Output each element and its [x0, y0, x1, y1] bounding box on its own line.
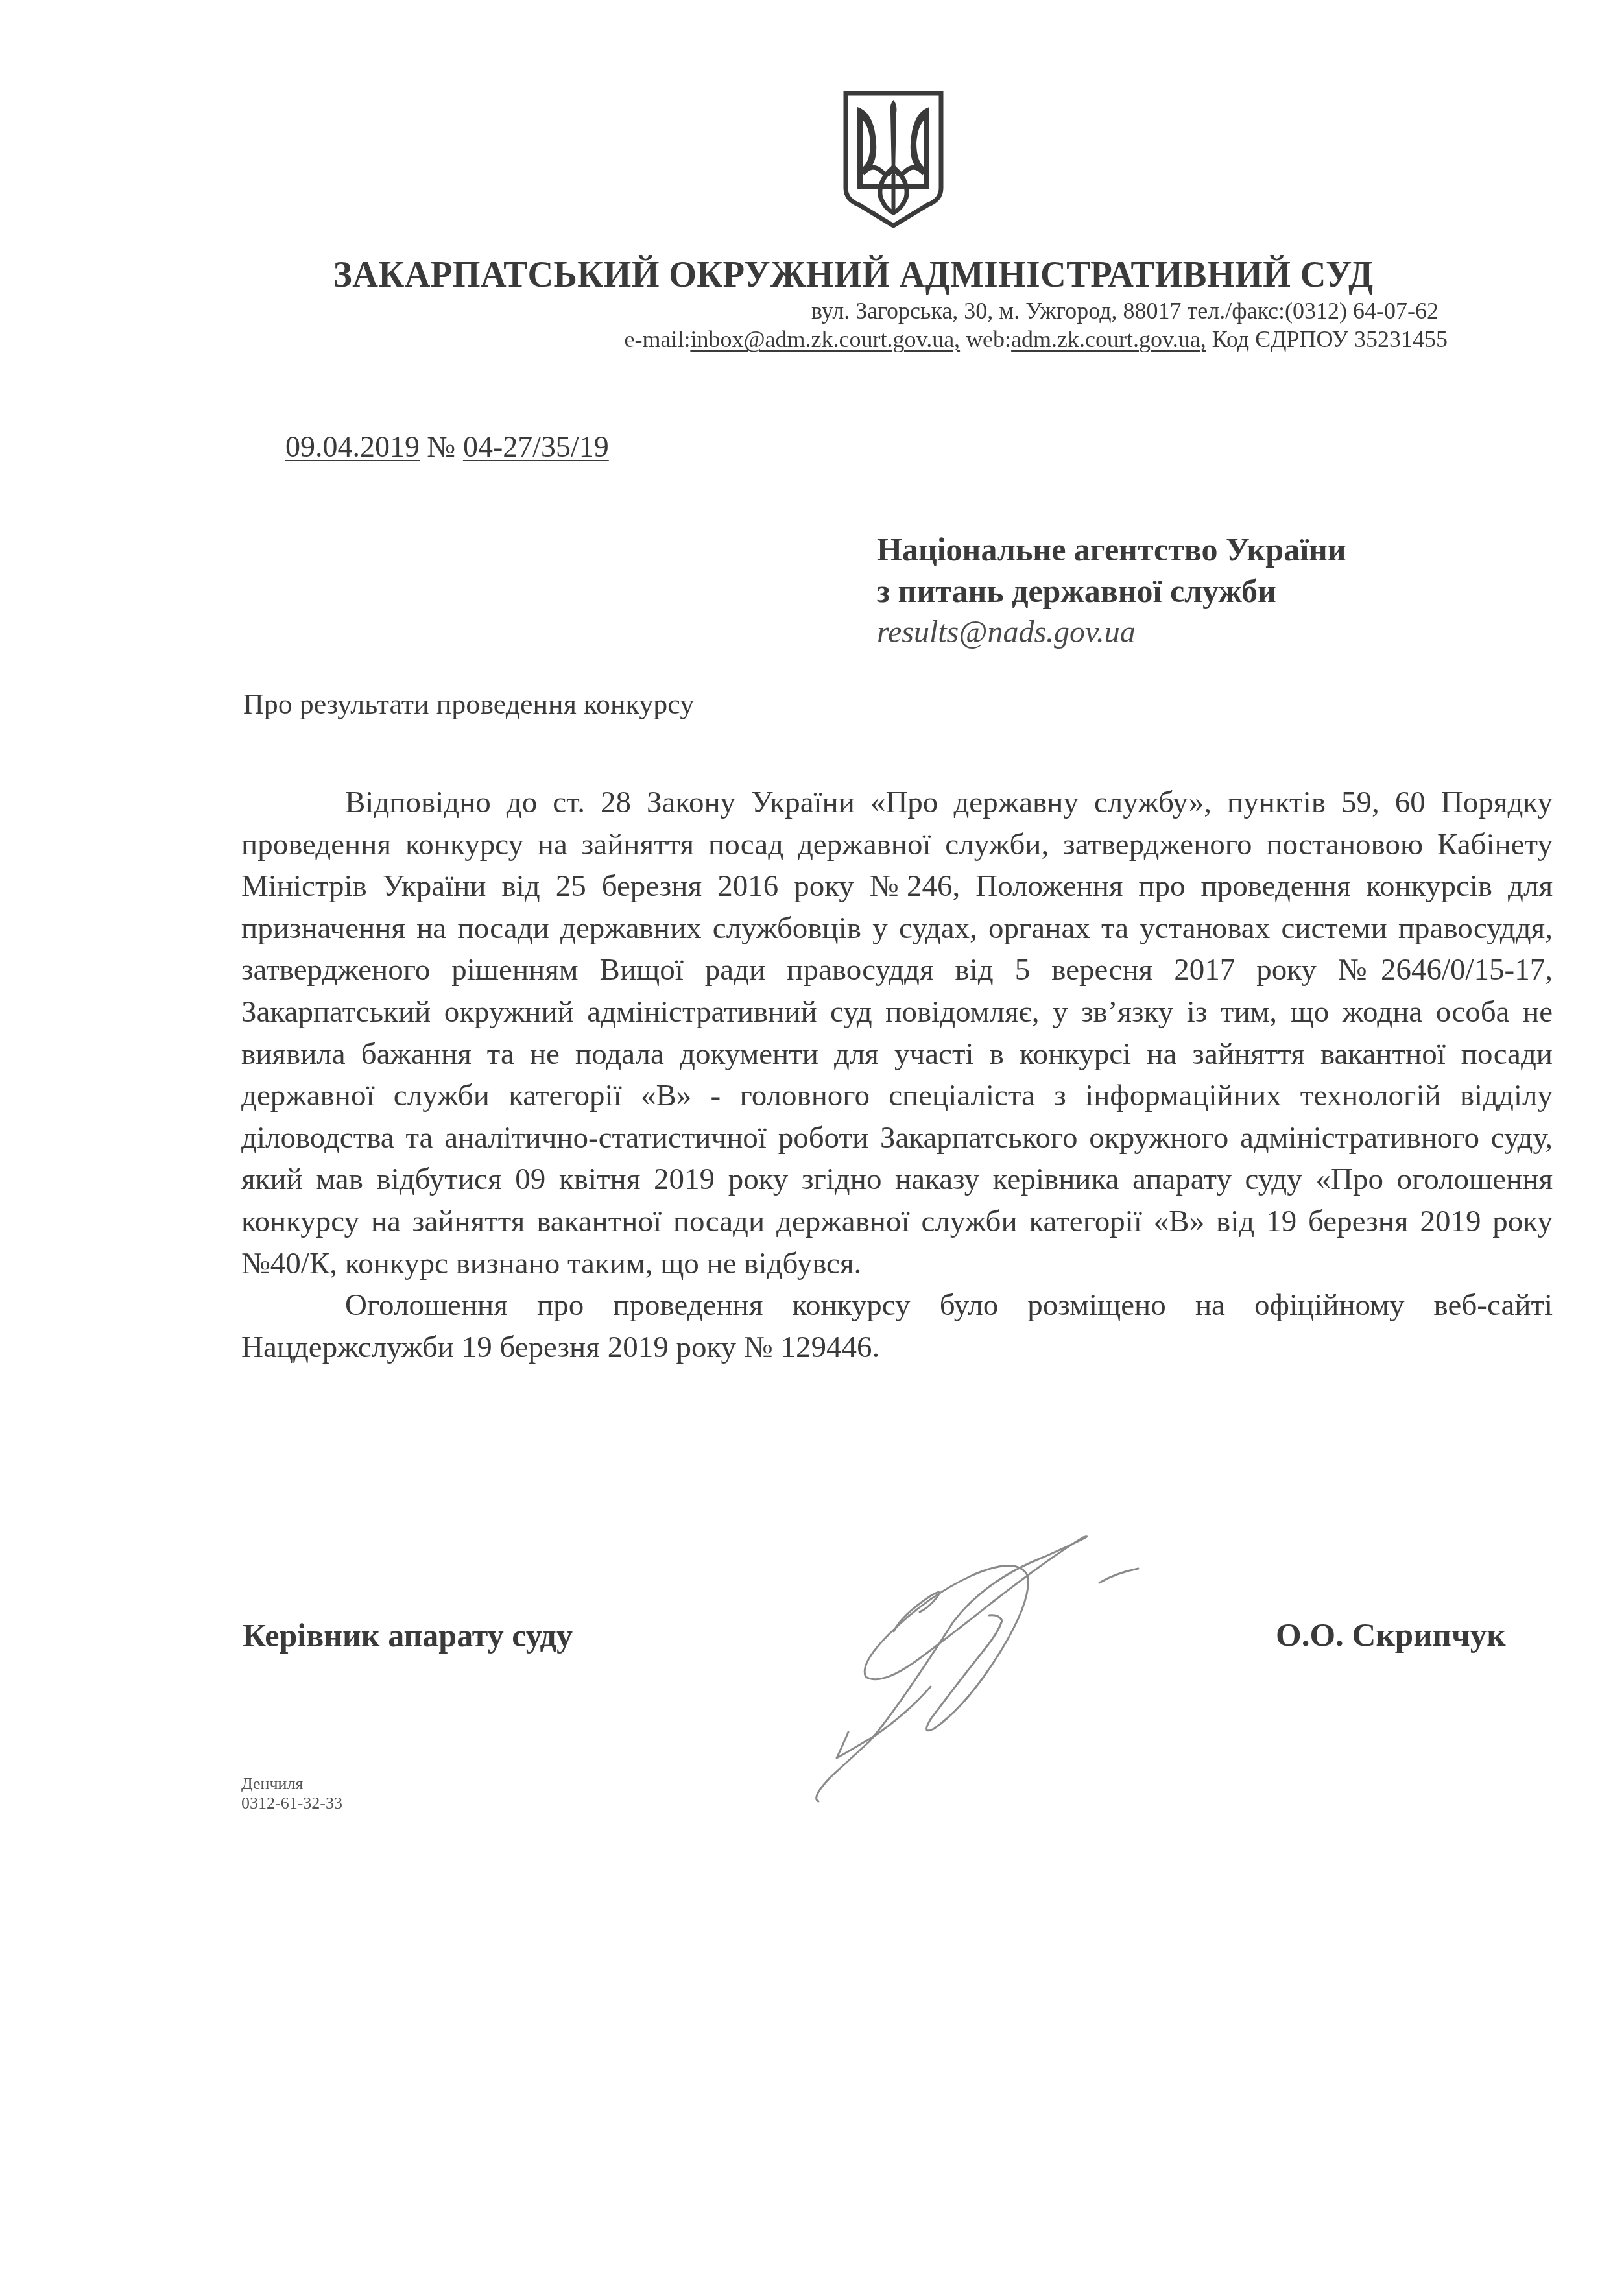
- letter-subject: Про результати проведення конкурсу: [243, 688, 694, 721]
- recipient-block: Національне агентство України з питань д…: [877, 529, 1346, 653]
- body-paragraph-2: Оголошення про проведення конкурсу було …: [241, 1284, 1553, 1368]
- document-reference: 09.04.2019 № 04-27/35/19: [285, 429, 609, 464]
- court-website-link[interactable]: adm.zk.court.gov.ua,: [1011, 326, 1206, 352]
- coat-of-arms-icon: [843, 91, 944, 229]
- organization-name: ЗАКАРПАТСЬКИЙ ОКРУЖНИЙ АДМІНІСТРАТИВНИЙ …: [176, 254, 1530, 296]
- handwritten-signature-icon: [804, 1518, 1154, 1816]
- document-number: 04-27/35/19: [463, 430, 609, 463]
- recipient-line-1: Національне агентство України: [877, 529, 1346, 570]
- signatory-name: О.О. Скрипчук: [1276, 1617, 1506, 1654]
- executor-name: Денчиля: [241, 1774, 342, 1794]
- court-email-link[interactable]: inbox@adm.zk.court.gov.ua,: [690, 326, 960, 352]
- web-label: web:: [960, 326, 1011, 352]
- document-date: 09.04.2019: [285, 430, 420, 463]
- edrpou-code: Код ЄДРПОУ 35231455: [1206, 326, 1448, 352]
- executor-info: Денчиля 0312-61-32-33: [241, 1774, 342, 1813]
- executor-phone: 0312-61-32-33: [241, 1794, 342, 1813]
- letter-body: Відповідно до ст. 28 Закону України «Про…: [241, 782, 1553, 1368]
- body-paragraph-1: Відповідно до ст. 28 Закону України «Про…: [241, 782, 1553, 1284]
- organization-contacts: e-mail:inbox@adm.zk.court.gov.ua, web:ad…: [0, 326, 1448, 353]
- organization-address: вул. Загорська, 30, м. Ужгород, 88017 те…: [0, 297, 1439, 324]
- recipient-email[interactable]: results@nads.gov.ua: [877, 612, 1346, 653]
- recipient-line-2: з питань державної служби: [877, 570, 1346, 612]
- signatory-position: Керівник апарату суду: [243, 1617, 573, 1654]
- number-sign: №: [420, 430, 463, 463]
- email-label: e-mail:: [624, 326, 690, 352]
